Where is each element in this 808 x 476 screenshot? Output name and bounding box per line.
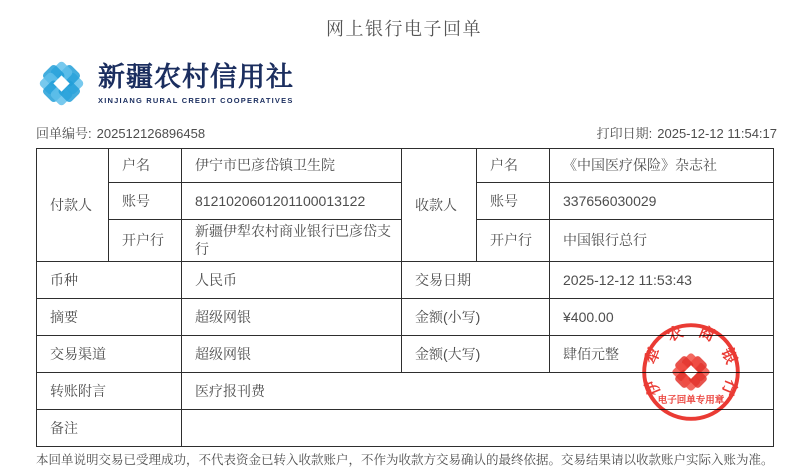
payee-name-cell: 《中国医疗保险》杂志社 (550, 149, 774, 183)
amount-words-cell: 肆佰元整 (550, 335, 774, 372)
table-row: 转账附言 医疗报刊费 (37, 372, 774, 409)
table-row: 摘要 超级网银 金额(小写) ¥400.00 (37, 298, 774, 335)
postscript-label-cell: 转账附言 (37, 372, 182, 409)
print-date-label: 打印日期: (597, 126, 653, 141)
receipt-number-value: 202512126896458 (97, 126, 205, 141)
receipt-table: 付款人 户名 伊宁市巴彦岱镇卫生院 收款人 户名 《中国医疗保险》杂志社 账号 … (36, 148, 774, 447)
receipt-meta-row: 回单编号:202512126896458 打印日期:2025-12-12 11:… (36, 123, 777, 142)
payer-name-cell: 伊宁市巴彦岱镇卫生院 (182, 149, 402, 183)
remark-label-cell: 备注 (37, 409, 182, 446)
bank-logo-text: 新疆农村信用社 XINJIANG RURAL CREDIT COOPERATIV… (98, 62, 294, 104)
table-row: 付款人 户名 伊宁市巴彦岱镇卫生院 收款人 户名 《中国医疗保险》杂志社 (37, 149, 774, 183)
trade-date-cell: 2025-12-12 11:53:43 (550, 261, 774, 298)
receipt-number: 回单编号:202512126896458 (36, 123, 205, 142)
summary-cell: 超级网银 (182, 298, 402, 335)
payee-account-label-cell: 账号 (477, 183, 550, 220)
remark-cell (182, 409, 774, 446)
channel-label-cell: 交易渠道 (37, 335, 182, 372)
bank-flower-icon (34, 56, 89, 111)
receipt-number-label: 回单编号: (36, 126, 92, 141)
payer-account-label-cell: 账号 (109, 183, 182, 220)
payer-name-label-cell: 户名 (109, 149, 182, 183)
payee-name-label-cell: 户名 (477, 149, 550, 183)
receipt-page: 网上银行电子回单 新疆农村信用社 XINJIANG RURAL CREDIT C… (0, 0, 808, 476)
bank-name: 新疆农村信用社 (98, 62, 294, 93)
payer-account-cell: 8121020601201100013122 (182, 183, 402, 220)
payer-role-cell: 付款人 (37, 149, 109, 262)
page-title: 网上银行电子回单 (0, 15, 808, 41)
summary-label-cell: 摘要 (37, 298, 182, 335)
payee-bank-label-cell: 开户行 (477, 220, 550, 262)
payer-bank-cell: 新疆伊犁农村商业银行巴彦岱支行 (182, 220, 402, 262)
print-date: 打印日期:2025-12-12 11:54:17 (597, 123, 777, 142)
currency-label-cell: 币种 (37, 261, 182, 298)
postscript-cell: 医疗报刊费 (182, 372, 774, 409)
payee-role-cell: 收款人 (402, 149, 477, 262)
channel-cell: 超级网银 (182, 335, 402, 372)
amount-digits-cell: ¥400.00 (550, 298, 774, 335)
currency-cell: 人民币 (182, 261, 402, 298)
payee-bank-cell: 中国银行总行 (550, 220, 774, 262)
bank-logo: 新疆农村信用社 XINJIANG RURAL CREDIT COOPERATIV… (34, 56, 294, 111)
trade-date-label-cell: 交易日期 (402, 261, 550, 298)
payee-account-cell: 337656030029 (550, 183, 774, 220)
print-date-value: 2025-12-12 11:54:17 (657, 126, 777, 141)
table-row: 币种 人民币 交易日期 2025-12-12 11:53:43 (37, 261, 774, 298)
payer-bank-label-cell: 开户行 (109, 220, 182, 262)
table-row: 备注 (37, 409, 774, 446)
amount-words-label-cell: 金额(大写) (402, 335, 550, 372)
bank-name-english: XINJIANG RURAL CREDIT COOPERATIVES (98, 96, 294, 105)
disclaimer-text: 本回单说明交易已受理成功，不代表资金已转入收款账户，不作为收款方交易确认的最终依… (36, 450, 774, 468)
amount-digits-label-cell: 金额(小写) (402, 298, 550, 335)
table-row: 交易渠道 超级网银 金额(大写) 肆佰元整 (37, 335, 774, 372)
